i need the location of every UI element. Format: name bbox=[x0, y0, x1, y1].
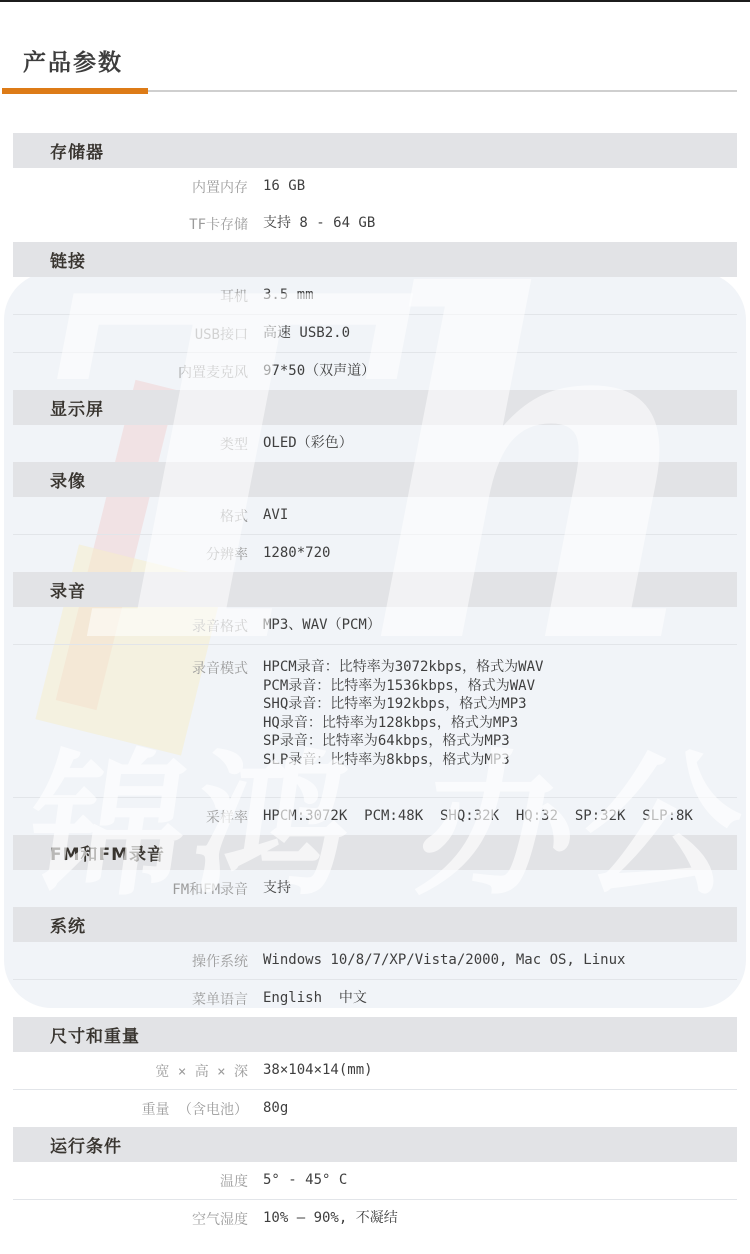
spec-value: 高速 USB2.0 bbox=[263, 324, 350, 343]
spec-row: 操作系统Windows 10/8/7/XP/Vista/2000, Mac OS… bbox=[13, 942, 737, 979]
spec-label: 采样率 bbox=[13, 807, 248, 827]
section-title: 录音 bbox=[50, 577, 86, 602]
spec-value: English 中文 bbox=[263, 989, 367, 1008]
spec-value: 5° - 45° C bbox=[263, 1171, 347, 1190]
spec-label: 分辨率 bbox=[13, 544, 248, 564]
spec-value-line: SP录音：比特率为64kbps，格式为MP3 bbox=[263, 732, 543, 751]
spec-value-line: PCM录音：比特率为1536kbps，格式为WAV bbox=[263, 677, 543, 696]
spec-label: 内置麦克风 bbox=[13, 362, 248, 382]
spec-value: 97*50（双声道） bbox=[263, 362, 375, 381]
spec-label: TF卡存储 bbox=[13, 214, 248, 234]
spec-label: USB接口 bbox=[13, 324, 248, 344]
top-divider-line bbox=[0, 0, 750, 2]
spec-value: MP3、WAV（PCM） bbox=[263, 616, 381, 635]
spec-value-line: HPCM录音：比特率为3072kbps，格式为WAV bbox=[263, 658, 543, 677]
spec-value: Windows 10/8/7/XP/Vista/2000, Mac OS, Li… bbox=[263, 951, 625, 970]
spec-value: 支持 bbox=[263, 879, 291, 898]
section-title: FM和FM录音 bbox=[50, 840, 165, 865]
spec-value: 3.5 mm bbox=[263, 286, 314, 305]
spec-row: 空气湿度10% — 90%, 不凝结 bbox=[13, 1200, 737, 1237]
spec-label: 宽 × 高 × 深 bbox=[13, 1061, 248, 1081]
spec-row: 录音格式MP3、WAV（PCM） bbox=[13, 607, 737, 644]
section-title: 链接 bbox=[50, 247, 86, 272]
spec-row: TF卡存储支持 8 - 64 GB bbox=[13, 205, 737, 242]
section-header: 运行条件 bbox=[13, 1127, 737, 1162]
spec-label: 空气湿度 bbox=[13, 1209, 248, 1229]
spec-row: 内置麦克风97*50（双声道） bbox=[13, 353, 737, 390]
section-header: 尺寸和重量 bbox=[13, 1017, 737, 1052]
spec-row: 温度5° - 45° C bbox=[13, 1162, 737, 1199]
spec-value: HPCM录音：比特率为3072kbps，格式为WAVPCM录音：比特率为1536… bbox=[263, 658, 543, 769]
title-underline bbox=[0, 88, 750, 95]
product-parameters-page: 产品参数 存储器内置内存16 GBTF卡存储支持 8 - 64 GB链接耳机3.… bbox=[0, 0, 750, 1254]
section-header: 存储器 bbox=[13, 133, 737, 168]
spec-row: USB接口高速 USB2.0 bbox=[13, 315, 737, 352]
section-header: FM和FM录音 bbox=[13, 835, 737, 870]
spec-row: 宽 × 高 × 深38×104×14(mm) bbox=[13, 1052, 737, 1089]
spec-row: 格式AVI bbox=[13, 497, 737, 534]
section-title: 运行条件 bbox=[50, 1132, 122, 1157]
section-header: 系统 bbox=[13, 907, 737, 942]
spec-row: 耳机3.5 mm bbox=[13, 277, 737, 314]
spec-label: 录音模式 bbox=[13, 658, 248, 678]
spec-row: 采样率HPCM:3072K PCM:48K SHQ:32K HQ:32 SP:3… bbox=[13, 798, 737, 835]
section-header: 链接 bbox=[13, 242, 737, 277]
spec-value: OLED（彩色） bbox=[263, 434, 353, 453]
spec-label: FM和FM录音 bbox=[13, 879, 248, 899]
section-title: 存储器 bbox=[50, 138, 104, 163]
spec-label: 菜单语言 bbox=[13, 989, 248, 1009]
spec-row: 内置内存16 GB bbox=[13, 168, 737, 205]
page-header: 产品参数 bbox=[0, 44, 750, 95]
spec-label: 重量 （含电池） bbox=[13, 1099, 248, 1119]
spec-label: 耳机 bbox=[13, 286, 248, 306]
page-title: 产品参数 bbox=[23, 44, 750, 77]
spec-label: 类型 bbox=[13, 434, 248, 454]
spec-value-line: SHQ录音：比特率为192kbps，格式为MP3 bbox=[263, 695, 543, 714]
section-title: 显示屏 bbox=[50, 395, 104, 420]
spec-row: 类型OLED（彩色） bbox=[13, 425, 737, 462]
spec-value: HPCM:3072K PCM:48K SHQ:32K HQ:32 SP:32K … bbox=[263, 807, 693, 826]
section-title: 尺寸和重量 bbox=[50, 1022, 140, 1047]
title-underline-accent bbox=[2, 88, 148, 94]
spec-row: 重量 （含电池）80g bbox=[13, 1090, 737, 1127]
spec-row: FM和FM录音支持 bbox=[13, 870, 737, 907]
spec-value: 80g bbox=[263, 1099, 288, 1118]
spec-label: 操作系统 bbox=[13, 951, 248, 971]
spec-value: 10% — 90%, 不凝结 bbox=[263, 1209, 398, 1228]
section-header: 录音 bbox=[13, 572, 737, 607]
section-title: 录像 bbox=[50, 467, 86, 492]
section-header: 录像 bbox=[13, 462, 737, 497]
spec-value: 16 GB bbox=[263, 177, 305, 196]
spec-value: AVI bbox=[263, 506, 288, 525]
spec-value: 38×104×14(mm) bbox=[263, 1061, 373, 1080]
spec-value-line: SLP录音：比特率为8kbps，格式为MP3 bbox=[263, 751, 543, 770]
spec-label: 内置内存 bbox=[13, 177, 248, 197]
section-header: 显示屏 bbox=[13, 390, 737, 425]
spec-value-line: HQ录音：比特率为128kbps，格式为MP3 bbox=[263, 714, 543, 733]
section-title: 系统 bbox=[50, 912, 86, 937]
spec-label: 温度 bbox=[13, 1171, 248, 1191]
spec-row: 菜单语言English 中文 bbox=[13, 980, 737, 1017]
spec-label: 格式 bbox=[13, 506, 248, 526]
spec-row: 录音模式HPCM录音：比特率为3072kbps，格式为WAVPCM录音：比特率为… bbox=[13, 645, 737, 797]
spec-label: 录音格式 bbox=[13, 616, 248, 636]
spec-value: 支持 8 - 64 GB bbox=[263, 214, 375, 233]
spec-value: 1280*720 bbox=[263, 544, 330, 563]
spec-sections: 存储器内置内存16 GBTF卡存储支持 8 - 64 GB链接耳机3.5 mmU… bbox=[0, 133, 750, 1237]
spec-row: 分辨率1280*720 bbox=[13, 535, 737, 572]
